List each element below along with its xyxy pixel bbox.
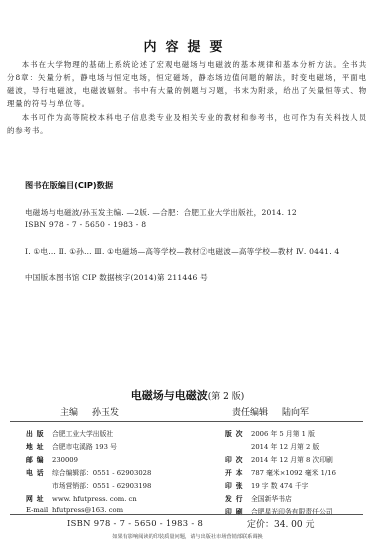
colophon-row: 出版合肥工业大学出版社 <box>26 428 113 438</box>
colophon-row: 版次2006 年 5 月第 1 版 <box>225 428 315 438</box>
colophon-row: 网址www. hfutpress. com. cn <box>26 493 137 503</box>
website-link: www. hfutpress. com. cn <box>52 495 137 503</box>
cip-line-2: ISBN 978 - 7 - 5650 - 1983 - 8 <box>25 220 146 229</box>
responsible-editor-name: 陆向军 <box>282 408 309 418</box>
summary-paragraph-2: 本书可作为高等院校本科电子信息类专业及相关专业的教材和参考书，也可作为有关科技人… <box>7 111 367 137</box>
cip-title: 图书在版编目(CIP)数据 <box>25 180 113 191</box>
colophon-row: 电话综合编辑部：0551 - 62903028 <box>26 467 151 477</box>
chief-editor-name: 孙玉发 <box>92 408 119 418</box>
summary-title: 内容提要 <box>0 36 375 55</box>
cip-line-4: 中国版本图书馆 CIP 数据核字(2014)第 211446 号 <box>25 272 208 283</box>
isbn: ISBN 978 - 7 - 5650 - 1983 - 8 <box>67 518 203 528</box>
quality-note: 如果有影响阅读的印装质量问题，请与出版社市场营销部联系调换 <box>0 533 375 540</box>
colophon-row: 印张19 字 数 474 千字 <box>225 480 308 490</box>
colophon-row: 开本787 毫米×1092 毫米 1/16 <box>225 467 336 477</box>
colophon-row: 发行全国新华书店 <box>225 493 292 503</box>
book-edition: (第 2 版) <box>208 392 244 402</box>
colophon-row: 邮编230009 <box>26 454 78 464</box>
chief-editor: 主编孙玉发 <box>60 405 119 418</box>
bottom-rule <box>10 514 363 515</box>
summary-paragraph-1: 本书在大学物理的基础上系统论述了宏观电磁场与电磁波的基本规律和基本分析方法。全书… <box>7 58 367 110</box>
colophon-row: 2014 年 12 月第 2 版 <box>225 441 319 451</box>
colophon-row: 印次2014 年 12 月第 8 次印刷 <box>225 454 333 464</box>
colophon-row: E-mailhfutpress@163. com <box>26 506 123 514</box>
book-title: 电磁场与电磁波(第 2 版) <box>0 387 375 403</box>
price: 定价：34. 00 元 <box>247 517 315 530</box>
top-rule <box>10 421 363 422</box>
cip-line-1: 电磁场与电磁波/孙玉发主编. —2版. —合肥：合肥工业大学出版社，2014. … <box>25 207 297 218</box>
colophon-row: 地址合肥市屯溪路 193 号 <box>26 441 117 451</box>
email-link: hfutpress@163. com <box>52 506 123 514</box>
cip-line-3: Ⅰ. ①电… Ⅱ. ①孙… Ⅲ. ①电磁场—高等学校—教材②电磁波—高等学校—教… <box>25 246 339 257</box>
colophon-row: 市场营销部：0551 - 62903198 <box>26 480 151 490</box>
chief-editor-label: 主编 <box>60 408 78 418</box>
responsible-editor: 责任编辑陆向军 <box>232 405 309 418</box>
responsible-editor-label: 责任编辑 <box>232 408 268 418</box>
book-title-text: 电磁场与电磁波 <box>131 389 208 402</box>
